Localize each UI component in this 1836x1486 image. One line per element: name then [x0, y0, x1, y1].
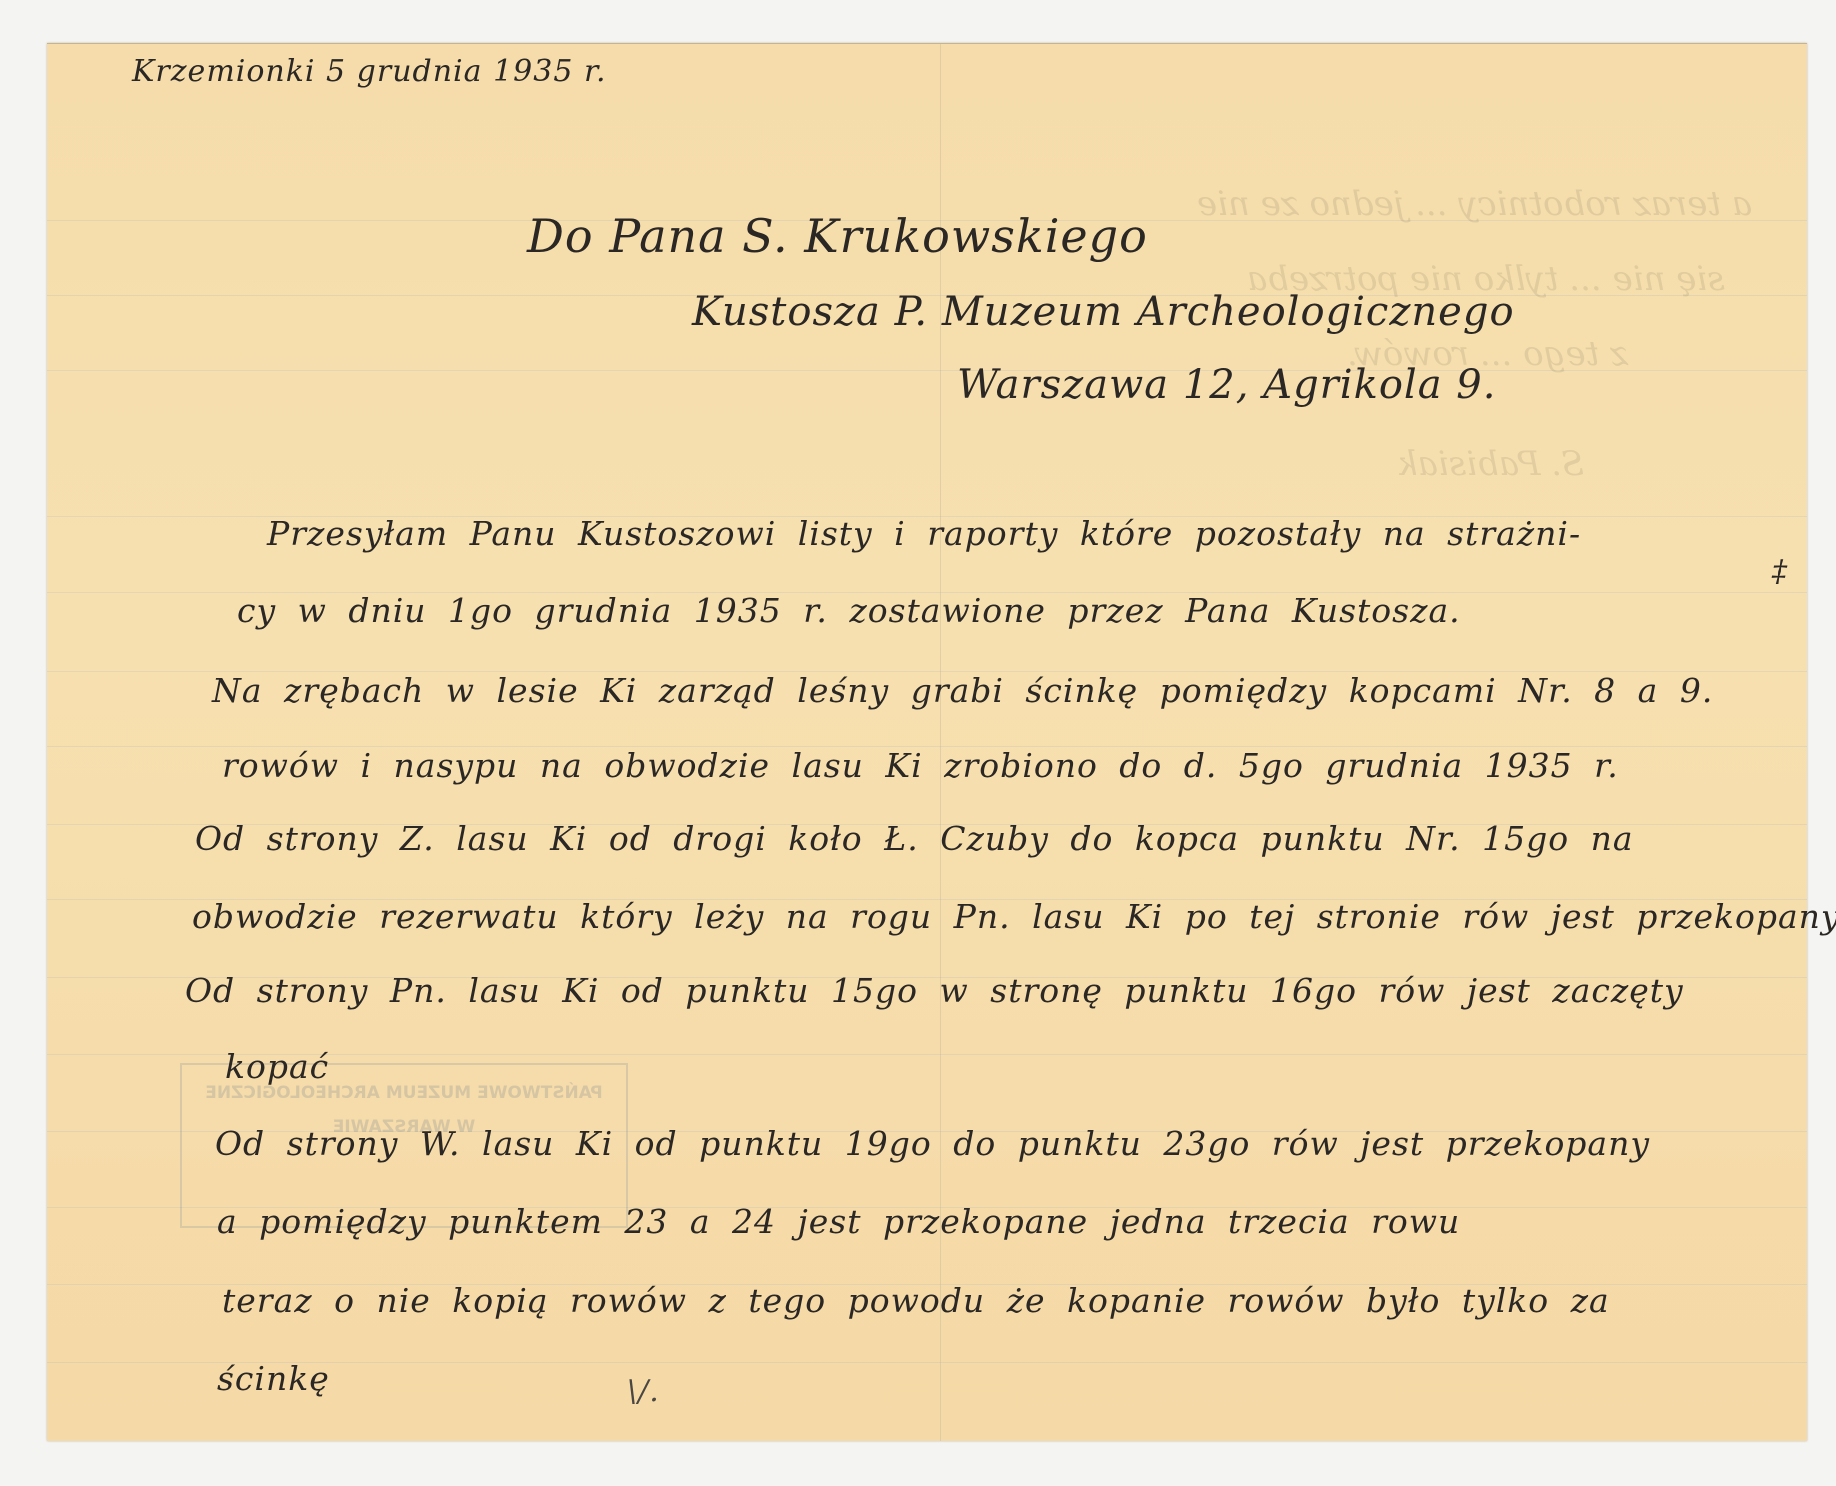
body-line: Przesyłam Panu Kustoszowi listy i raport…: [267, 514, 1581, 553]
dateline: Krzemionki 5 grudnia 1935 r.: [132, 54, 607, 89]
addressee-address: Warszawa 12, Agrikola 9.: [957, 362, 1496, 408]
body-line: obwodzie rezerwatu który leży na rogu Pn…: [192, 897, 1836, 936]
show-through-text: a teraz robotnicy ... jedno ze nie: [1197, 184, 1752, 224]
body-line: cy w dniu 1go grudnia 1935 r. zostawione…: [237, 591, 1461, 630]
body-line: rowów i nasypu na obwodzie lasu Ki zrobi…: [222, 746, 1619, 785]
letter-paper: a teraz robotnicy ... jedno ze nie się n…: [47, 43, 1807, 1441]
body-line: a pomiędzy punktem 23 a 24 jest przekopa…: [217, 1202, 1460, 1241]
margin-mark: ‡: [1772, 554, 1788, 589]
stamp-line: PAŃSTWOWE MUZEUM ARCHEOLOGICZNE: [182, 1083, 626, 1103]
body-line: Od strony Pn. lasu Ki od punktu 15go w s…: [185, 971, 1684, 1010]
addressee-title: Kustosza P. Muzeum Archeologicznego: [692, 289, 1515, 335]
addressee-name: Do Pana S. Krukowskiego: [527, 209, 1148, 263]
page-mark: \/.: [627, 1374, 660, 1409]
show-through-signature: S. Pabisiak: [1397, 444, 1584, 484]
body-line: Od strony W. lasu Ki od punktu 19go do p…: [215, 1124, 1650, 1163]
body-line: teraz o nie kopią rowów z tego powodu że…: [222, 1281, 1610, 1320]
body-line: kopać: [225, 1047, 329, 1086]
body-line: Na zrębach w lesie Ki zarząd leśny grabi…: [212, 671, 1713, 710]
body-line: ścinkę: [217, 1359, 330, 1398]
body-line: Od strony Z. lasu Ki od drogi koło Ł. Cz…: [195, 819, 1634, 858]
